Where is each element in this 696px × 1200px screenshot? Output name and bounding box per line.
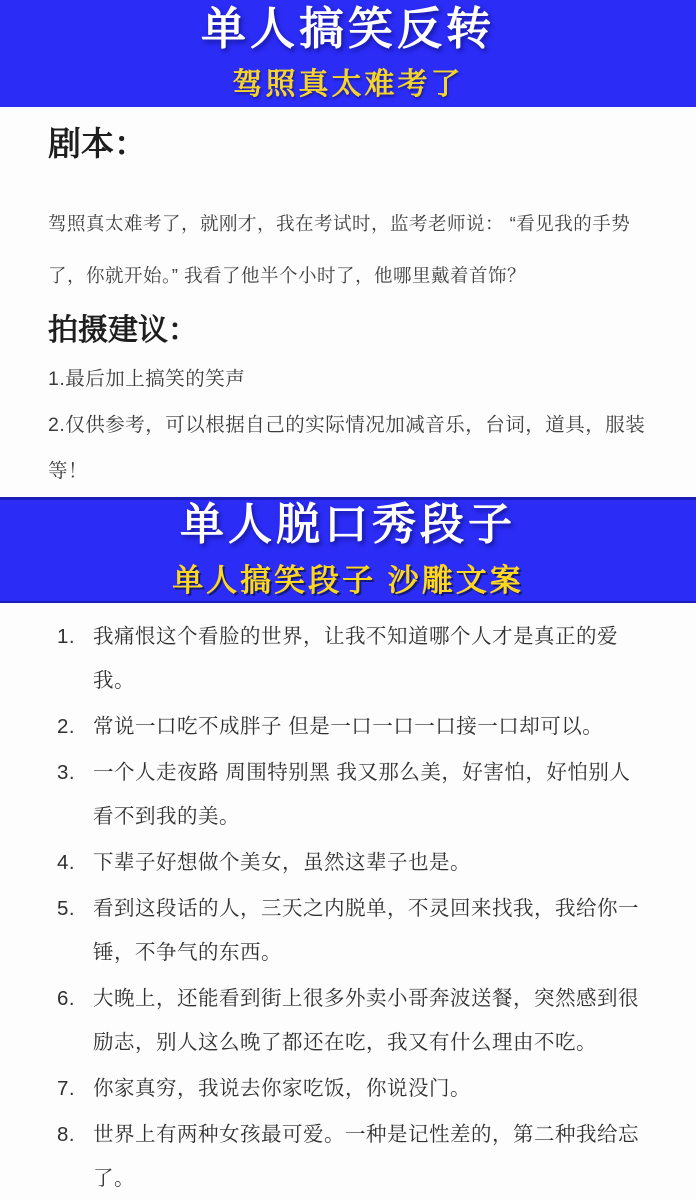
joke-item: 3. 一个人走夜路 周围特别黑 我又那么美，好害怕，好怕别人看不到我的美。 <box>57 751 648 839</box>
script-heading: 剧本： <box>48 125 646 166</box>
script-paragraph: 驾照真太难考了，就刚才，我在考试时，监考老师说： “看见我的手势了，你就开始。”… <box>48 198 646 302</box>
joke-item: 8. 世界上有两种女孩最可爱。一种是记性差的，第二种我给忘了。 <box>57 1113 648 1200</box>
banner-funny-twist-title: 单人搞笑反转 <box>0 4 696 54</box>
banner-funny-twist: 单人搞笑反转 驾照真太难考了 <box>0 0 696 107</box>
joke-text: 世界上有两种女孩最可爱。一种是记性差的，第二种我给忘了。 <box>93 1113 648 1200</box>
banner-standup-jokes-title: 单人脱口秀段子 <box>0 501 696 549</box>
joke-item: 1. 我痛恨这个看脸的世界，让我不知道哪个人才是真正的爱我。 <box>57 615 648 703</box>
script-section: 剧本： 驾照真太难考了，就刚才，我在考试时，监考老师说： “看见我的手势了，你就… <box>0 107 696 497</box>
joke-text: 你家真穷，我说去你家吃饭，你说没门。 <box>93 1067 648 1111</box>
joke-text: 我痛恨这个看脸的世界，让我不知道哪个人才是真正的爱我。 <box>93 615 648 703</box>
joke-number: 6. <box>57 977 93 1065</box>
joke-text: 下辈子好想做个美女，虽然这辈子也是。 <box>93 841 648 885</box>
joke-item: 7. 你家真穷，我说去你家吃饭，你说没门。 <box>57 1067 648 1111</box>
joke-item: 6. 大晚上，还能看到街上很多外卖小哥奔波送餐，突然感到很励志，别人这么晚了都还… <box>57 977 648 1065</box>
joke-number: 1. <box>57 615 93 703</box>
joke-number: 5. <box>57 887 93 975</box>
joke-number: 4. <box>57 841 93 885</box>
jokes-list: 1. 我痛恨这个看脸的世界，让我不知道哪个人才是真正的爱我。 2. 常说一口吃不… <box>0 603 696 1200</box>
shooting-tips-heading: 拍摄建议： <box>48 312 646 350</box>
joke-text: 一个人走夜路 周围特别黑 我又那么美，好害怕，好怕别人看不到我的美。 <box>93 751 648 839</box>
joke-text: 看到这段话的人，三天之内脱单，不灵回来找我，我给你一锤，不争气的东西。 <box>93 887 648 975</box>
shooting-tips-list: 1.最后加上搞笑的笑声 2.仅供参考，可以根据自己的实际情况加减音乐，台词，道具… <box>48 356 646 494</box>
joke-number: 8. <box>57 1113 93 1200</box>
joke-item: 5. 看到这段话的人，三天之内脱单，不灵回来找我，我给你一锤，不争气的东西。 <box>57 887 648 975</box>
banner-standup-jokes: 单人脱口秀段子 单人搞笑段子 沙雕文案 <box>0 497 696 603</box>
joke-item: 2. 常说一口吃不成胖子 但是一口一口一口接一口却可以。 <box>57 705 648 749</box>
banner-funny-twist-subtitle: 驾照真太难考了 <box>0 59 696 103</box>
joke-number: 7. <box>57 1067 93 1111</box>
shooting-tip: 1.最后加上搞笑的笑声 <box>48 356 646 402</box>
shooting-tip: 2.仅供参考，可以根据自己的实际情况加减音乐，台词，道具，服装等！ <box>48 402 646 494</box>
banner-standup-jokes-subtitle: 单人搞笑段子 沙雕文案 <box>0 555 696 600</box>
joke-number: 3. <box>57 751 93 839</box>
document-page: 单人搞笑反转 驾照真太难考了 剧本： 驾照真太难考了，就刚才，我在考试时，监考老… <box>0 0 696 1200</box>
joke-text: 大晚上，还能看到街上很多外卖小哥奔波送餐，突然感到很励志，别人这么晚了都还在吃，… <box>93 977 648 1065</box>
joke-item: 4. 下辈子好想做个美女，虽然这辈子也是。 <box>57 841 648 885</box>
joke-number: 2. <box>57 705 93 749</box>
joke-text: 常说一口吃不成胖子 但是一口一口一口接一口却可以。 <box>93 705 648 749</box>
